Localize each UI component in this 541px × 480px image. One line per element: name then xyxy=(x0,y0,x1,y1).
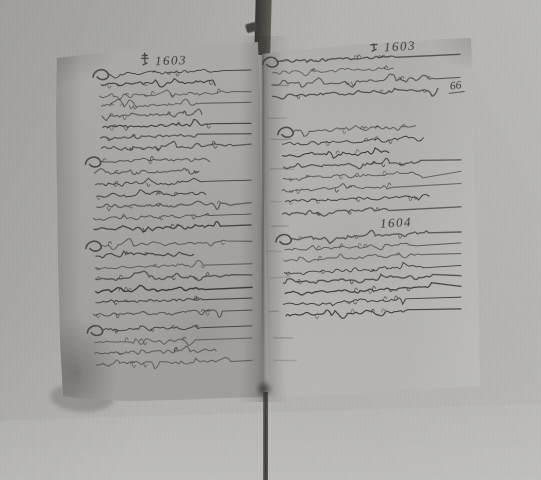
cross-icon xyxy=(139,51,152,70)
left-page: 1603 xyxy=(55,40,265,402)
mid-year-label: 1604 xyxy=(380,214,413,232)
gutter-crease xyxy=(262,52,264,398)
binding-cord xyxy=(263,392,268,480)
scan-backdrop: 1603 1603 66 1604 xyxy=(0,0,541,480)
right-year-label: 1603 xyxy=(384,38,417,56)
binding-knot xyxy=(255,380,273,398)
right-page: 1603 66 1604 xyxy=(258,34,486,400)
cross-icon xyxy=(367,38,380,58)
handwriting-left-page xyxy=(55,40,265,402)
mid-year-heading: 1604 xyxy=(380,214,413,232)
left-year-label: 1603 xyxy=(155,52,188,69)
margin-number: 66 xyxy=(447,79,464,94)
left-year-heading: 1603 xyxy=(139,52,188,71)
table-surface-highlight xyxy=(0,404,541,480)
right-year-heading: 1603 xyxy=(368,38,417,57)
